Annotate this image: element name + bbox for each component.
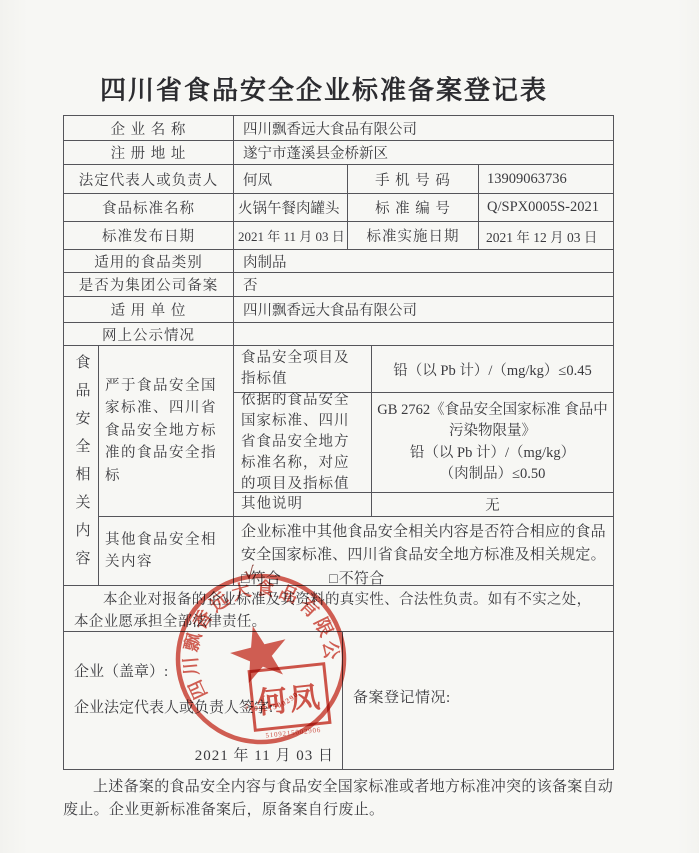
company-name-label: 企 业 名 称	[64, 116, 234, 141]
other-safety-content-group: 其他食品安全相关内容 企业标准中其他食品安全相关内容是否符合相应的食品 安全国家…	[99, 517, 613, 586]
registered-address-value: 遂宁市蓬溪县金桥新区	[234, 141, 613, 165]
implement-date-value: 2021 年 12 月 03 日	[479, 222, 613, 250]
safety-item-label: 食品安全项目及指标值	[234, 346, 372, 393]
publish-date-value: 2021 年 11 月 03 日	[234, 222, 348, 250]
standard-name-label: 食品标准名称	[64, 194, 234, 222]
group-filing-label: 是否为集团公司备案	[64, 273, 234, 297]
stricter-group-rows: 食品安全项目及指标值 铅（以 Pb 计）/（mg/kg）≤0.45 依据的食品安…	[234, 346, 613, 517]
statement-row: 本企业对报备的企业标准及其资料的真实性、合法性负责。如有不实之处，本企业愿承担全…	[64, 586, 613, 632]
table-row: 食品安全项目及指标值 铅（以 Pb 计）/（mg/kg）≤0.45	[234, 346, 613, 393]
other-notes-value: 无	[372, 493, 613, 517]
other-safety-content-label: 其他食品安全相关内容	[99, 517, 234, 586]
basis-standard-label: 依据的食品安全国家标准、四川省食品安全地方标准名称，对应的项目及指标值	[234, 393, 372, 493]
table-row: 适用的食品类别 肉制品	[64, 250, 613, 273]
food-category-value: 肉制品	[234, 250, 613, 273]
company-seal-label: 企业（盖章）:	[74, 660, 168, 681]
food-safety-side-cell: 食品安全相关内容	[64, 346, 99, 586]
table-row: 依据的食品安全国家标准、四川省食品安全地方标准名称，对应的项目及指标值 GB 2…	[234, 393, 613, 493]
legal-sign-label: 企业法定代表人或负责人签字:	[74, 696, 273, 717]
table-row: 企 业 名 称 四川飘香远大食品有限公司	[64, 116, 613, 141]
standard-number-label: 标 准 编 号	[348, 194, 479, 222]
other-safety-line: 安全国家标准、四川省食品安全地方标准及相关规定。	[241, 544, 613, 567]
table-row: 是否为集团公司备案 否	[64, 273, 613, 297]
online-publicity-value	[234, 323, 613, 346]
registration-form-table: 企 业 名 称 四川飘香远大食品有限公司 注 册 地 址 遂宁市蓬溪县金桥新区 …	[63, 115, 614, 770]
basis-standard-line: （肉制品）≤0.50	[440, 464, 546, 485]
publish-date-label: 标准发布日期	[64, 222, 234, 250]
mobile-value: 13909063736	[479, 165, 613, 194]
table-row: 标准发布日期 2021 年 11 月 03 日 标准实施日期 2021 年 12…	[64, 222, 613, 250]
noncompliant-option-label: 不符合	[339, 568, 385, 586]
company-name-value: 四川飘香远大食品有限公司	[234, 116, 613, 141]
food-safety-body: 严于食品安全国家标准、四川省食品安全地方标准的食品安全指标 食品安全项目及指标值…	[99, 346, 613, 586]
table-row: 注 册 地 址 遂宁市蓬溪县金桥新区	[64, 141, 613, 165]
basis-standard-value: GB 2762《食品安全国家标准 食品中 污染物限量》 铅（以 Pb 计）/（m…	[372, 393, 613, 493]
basis-standard-line: 铅（以 Pb 计）/（mg/kg）	[410, 443, 575, 464]
food-safety-side-label: 食品安全相关内容	[74, 354, 89, 578]
legal-representative-value: 何凤	[234, 165, 348, 194]
stricter-group-label: 严于食品安全国家标准、四川省食品安全地方标准的食品安全指标	[99, 346, 234, 517]
noncompliant-option: □ 不符合	[329, 568, 384, 586]
signature-row: 企业（盖章）: 企业法定代表人或负责人签字: 2021 年 11 月 03 日 …	[64, 632, 613, 769]
signature-date: 2021 年 11 月 03 日	[195, 744, 334, 765]
table-row: 其他说明 无	[234, 493, 613, 517]
compliant-option: □ √ 符合	[241, 568, 281, 586]
table-row: 适 用 单 位 四川飘香远大食品有限公司	[64, 297, 613, 323]
company-signature-cell: 企业（盖章）: 企业法定代表人或负责人签字: 2021 年 11 月 03 日	[64, 632, 343, 769]
scanned-form-page: 四川省食品安全企业标准备案登记表 企 业 名 称 四川飘香远大食品有限公司 注 …	[0, 0, 699, 853]
noncompliant-checkbox: □	[329, 569, 338, 586]
table-row: 法定代表人或负责人 何凤 手 机 号 码 13909063736	[64, 165, 613, 194]
food-safety-section: 食品安全相关内容 严于食品安全国家标准、四川省食品安全地方标准的食品安全指标 食…	[64, 346, 613, 586]
legal-representative-label: 法定代表人或负责人	[64, 165, 234, 194]
implement-date-label: 标准实施日期	[348, 222, 479, 250]
compliance-checkline: □ √ 符合 □ 不符合	[241, 568, 613, 586]
online-publicity-label: 网上公示情况	[64, 323, 234, 346]
other-notes-label: 其他说明	[234, 493, 372, 517]
basis-standard-line: 污染物限量》	[449, 421, 536, 442]
page-title: 四川省食品安全企业标准备案登记表	[48, 70, 600, 107]
registration-status-cell: 备案登记情况:	[343, 632, 613, 769]
standard-number-value: Q/SPX0005S-2021	[479, 194, 613, 222]
registered-address-label: 注 册 地 址	[64, 141, 234, 165]
group-filing-value: 否	[234, 273, 613, 297]
table-row: 网上公示情况	[64, 323, 613, 346]
other-safety-line: 企业标准中其他食品安全相关内容是否符合相应的食品	[241, 521, 613, 544]
food-category-label: 适用的食品类别	[64, 250, 234, 273]
safety-item-value: 铅（以 Pb 计）/（mg/kg）≤0.45	[372, 346, 613, 393]
other-safety-content-value: 企业标准中其他食品安全相关内容是否符合相应的食品 安全国家标准、四川省食品安全地…	[234, 517, 613, 586]
mobile-label: 手 机 号 码	[348, 165, 479, 194]
applicable-unit-label: 适 用 单 位	[64, 297, 234, 323]
table-row: 食品标准名称 火锅午餐肉罐头 标 准 编 号 Q/SPX0005S-2021	[64, 194, 613, 222]
stricter-indicators-group: 严于食品安全国家标准、四川省食品安全地方标准的食品安全指标 食品安全项目及指标值…	[99, 346, 613, 517]
footer-note: 上述备案的食品安全内容与食品安全国家标准或者地方标准冲突的该备案自动废止。企业更…	[63, 776, 615, 823]
basis-standard-line: GB 2762《食品安全国家标准 食品中	[377, 400, 607, 421]
responsibility-statement: 本企业对报备的企业标准及其资料的真实性、合法性负责。如有不实之处，本企业愿承担全…	[64, 586, 613, 632]
applicable-unit-value: 四川飘香远大食品有限公司	[234, 297, 613, 323]
standard-name-value: 火锅午餐肉罐头	[234, 194, 348, 222]
